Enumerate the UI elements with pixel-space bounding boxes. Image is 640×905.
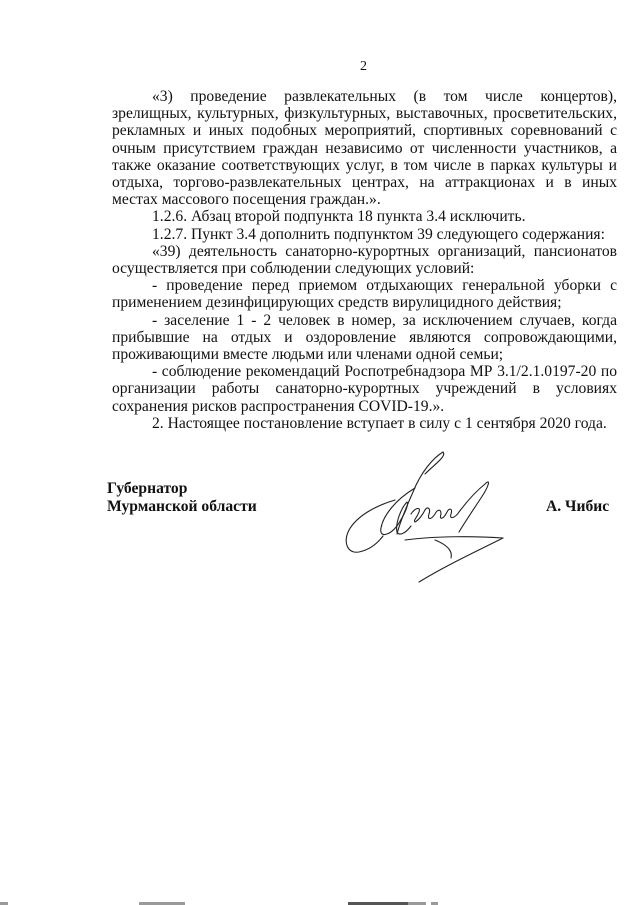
paragraph-item-3-amendment: «3) проведение развлекательных (в том чи…	[112, 88, 617, 208]
signatory-position: Губернатор Мурманской области	[107, 480, 257, 516]
condition-occupancy: - заселение 1 - 2 человек в номер, за ис…	[112, 312, 617, 364]
page-number: 2	[360, 58, 367, 76]
position-region: Мурманской области	[107, 498, 257, 516]
signatory-name: А. Чибис	[546, 498, 609, 516]
paragraph-1-2-6: 1.2.6. Абзац второй подпункта 18 пункта …	[112, 208, 617, 225]
position-title: Губернатор	[107, 480, 257, 498]
paragraph-effective-date: 2. Настоящее постановление вступает в си…	[112, 415, 617, 432]
handwritten-signature-icon	[335, 448, 535, 588]
document-body: «3) проведение развлекательных (в том чи…	[112, 88, 617, 432]
paragraph-item-39: «39) деятельность санаторно-курортных ор…	[112, 243, 617, 277]
condition-cleaning: - проведение перед приемом отдыхающих ге…	[112, 277, 617, 311]
paragraph-1-2-7: 1.2.7. Пункт 3.4 дополнить подпунктом 39…	[112, 226, 617, 243]
condition-rospotrebnadzor: - соблюдение рекомендаций Роспотребнадзо…	[112, 363, 617, 415]
